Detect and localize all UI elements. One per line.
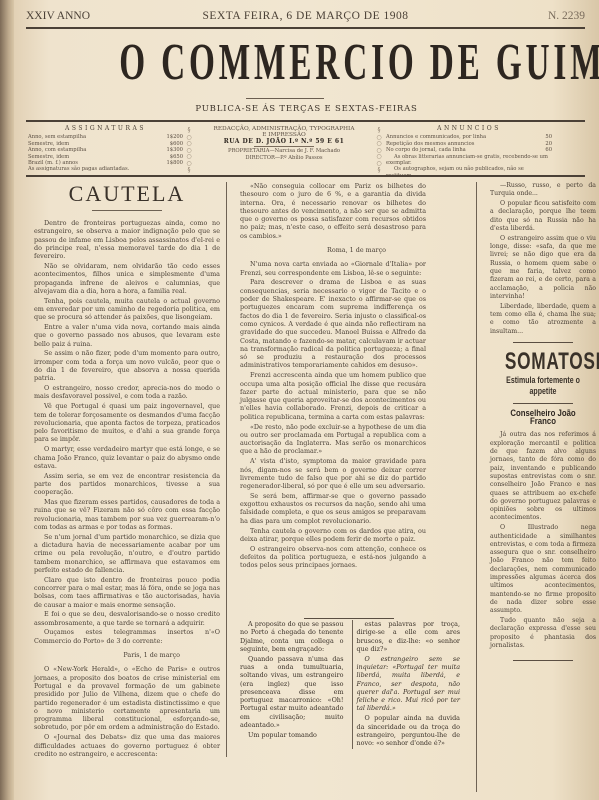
content-rule — [26, 175, 585, 177]
column-divider — [476, 182, 477, 792]
paragraph: Entre a valer n'uma vida nova, cortando … — [34, 323, 220, 348]
paragraph: Quando passava n'uma das ruas a onda tum… — [240, 655, 344, 730]
paragraph: A' vista d'isto, symptoma da maior gravi… — [240, 457, 426, 490]
masthead-subtitle: PUBLICA-SE ÁS TERÇAS E SEXTAS-FEIRAS — [14, 104, 599, 114]
masthead-title: O COMMERCIO DE GUIMARÃES — [119, 35, 493, 91]
ornament-rule — [513, 403, 573, 404]
paragraph: Não se olvidaram, nem olvidarão tão cedo… — [34, 262, 220, 295]
issue-number: N. 2239 — [548, 10, 585, 22]
subscription-note: As assignaturas são pagas adiantadas. — [28, 166, 183, 172]
paragraph: O estrangeiro observa-nos com attenção, … — [240, 545, 426, 570]
newspaper-page: XXIV ANNO SEXTA FEIRA, 6 DE MARÇO DE 190… — [14, 0, 599, 800]
office-rule — [254, 146, 314, 147]
telegram-dateline: Roma, 1 de março — [240, 246, 426, 254]
article-cautela-continued: «Não conseguia collocar em Pariz os bilh… — [240, 182, 426, 571]
ornament-separator: §○○○○○§ — [186, 128, 192, 174]
ornament-rule — [513, 342, 573, 343]
paragraph: N'uma nova carta enviada ao «Giornale d'… — [240, 260, 426, 277]
dateline: XXIV ANNO SEXTA FEIRA, 6 DE MARÇO DE 190… — [26, 10, 585, 24]
header-rule — [26, 120, 585, 122]
right-column: —Russo, russo, e perto da Turquia onde..… — [490, 182, 596, 667]
ads-box: ANNUNCIOS Annuncios e communicados, por … — [386, 126, 552, 179]
office-box: REDACÇÃO, ADMINISTRAÇÃO, TYPOGRAPHIA E I… — [196, 126, 372, 161]
issue-date: SEXTA FEIRA, 6 DE MARÇO DE 1908 — [26, 10, 585, 22]
subscriptions-heading: ASSIGNATURAS — [28, 126, 183, 132]
column-divider — [226, 182, 227, 757]
paragraph: O Illustrado nega authenticidade a simil… — [490, 524, 596, 615]
paragraph: A proposito do que se passou no Porto á … — [240, 620, 344, 653]
anecdote-col-b: estas palavras por troça, dirige-se a el… — [352, 620, 461, 749]
anecdote-col-a: A proposito do que se passou no Porto á … — [240, 620, 344, 749]
paragraph: O «New-York Herald», o «Echo de Paris» e… — [34, 665, 220, 731]
ads-note: Os autographos, sejam ou não publicados,… — [386, 166, 552, 179]
paragraph: Claro que isto dentro de fronteiras pouc… — [34, 576, 220, 609]
ornament-rule — [513, 660, 573, 661]
paragraph: O «Journal des Debats» diz que uma das m… — [34, 733, 220, 758]
paragraph: Dentro de fronteiras portuguezas ainda, … — [34, 219, 220, 260]
paragraph: Se n'um jornal d'um partido monarchico, … — [34, 533, 220, 574]
office-director: DIRECTOR—P.º Abílio Passos — [196, 155, 372, 161]
paragraph: O popular ficou satisfeito com a declara… — [490, 200, 596, 233]
paragraph: Já outra das nos referimos á exploração … — [490, 431, 596, 522]
paragraph: «De resto, não pode excluir-se a hypothe… — [240, 423, 426, 456]
paragraph: Um popular tomando — [240, 731, 344, 739]
ornament-separator: §○○○○○§ — [376, 128, 382, 174]
paragraph: O estrangeiro assim que o viu longe, dis… — [490, 235, 596, 301]
paragraph: Tenha cautela o governo com os dardos qu… — [240, 527, 426, 544]
paragraph: O estrangeiro, nosso credor, aprecia-nos… — [34, 384, 220, 401]
paragraph: Se será bem, affirmar-se que o governo p… — [240, 492, 426, 525]
paragraph: Frenzi accrescenta ainda que um homem pu… — [240, 371, 426, 421]
title-rule — [92, 210, 162, 211]
office-address: RUA DE D. JOÃO I.º N.º 59 E 61 — [196, 139, 372, 145]
anecdote-article: A proposito do que se passou no Porto á … — [240, 620, 460, 749]
paragraph: Tudo quanto não seja a declaração expres… — [490, 617, 596, 650]
paragraph: «Não conseguia collocar em Pariz os bilh… — [240, 182, 426, 240]
article-title: CAUTELA — [34, 182, 220, 206]
paragraph: Tenha, pois cautela, muita cautela o act… — [34, 297, 220, 322]
paragraph: O popular ainda na duvida da sinceridade… — [357, 714, 461, 747]
ads-note: As obras litterarias annunciam-se gratis… — [386, 154, 552, 167]
paragraph: estas palavras por troça, dirige-se a el… — [357, 620, 461, 653]
ads-heading: ANNUNCIOS — [386, 126, 552, 132]
ornament-rule — [304, 618, 394, 619]
paragraph: E foi o que se deu, desvalorisando-se o … — [34, 610, 220, 627]
page-binding-edge — [0, 0, 14, 800]
article-cautela: CAUTELA Dentro de fronteiras portuguezas… — [34, 188, 220, 760]
paragraph: Se assim o não fizer, pode d'um momento … — [34, 349, 220, 382]
advert-tagline: Estimula fortemente o appetite — [502, 375, 585, 397]
paragraph: Ouçamos estes telegrammas insertos n'«O … — [34, 628, 220, 645]
paragraph: —Russo, russo, e perto da Turquia onde..… — [490, 182, 596, 199]
masthead-rule — [246, 98, 324, 99]
paragraph: Liberdade, liberdade, quem a tem como el… — [490, 303, 596, 336]
paragraph: O estrangeiro sem se inquietar: «Portuga… — [357, 655, 461, 713]
top-rule — [26, 27, 585, 29]
paragraph: Para descrever o drama de Lisboa e as su… — [240, 278, 426, 369]
telegram-dateline: Paris, 1 de março — [34, 651, 220, 659]
paragraph: Mas que fizeram esses partidos, causador… — [34, 498, 220, 531]
article-title: Conselheiro João Franco — [500, 410, 587, 427]
paragraph: O martyr, esse verdadeiro martyr que est… — [34, 445, 220, 470]
paragraph: Vê que Portugal é quasi um paiz ingovern… — [34, 402, 220, 443]
subscriptions-box: ASSIGNATURAS Anno, sem estampilha1$200 S… — [28, 126, 183, 173]
paragraph: Assim seria, se em vez de encontrar resi… — [34, 472, 220, 497]
advert-brand: SOMATOSE — [505, 349, 581, 375]
